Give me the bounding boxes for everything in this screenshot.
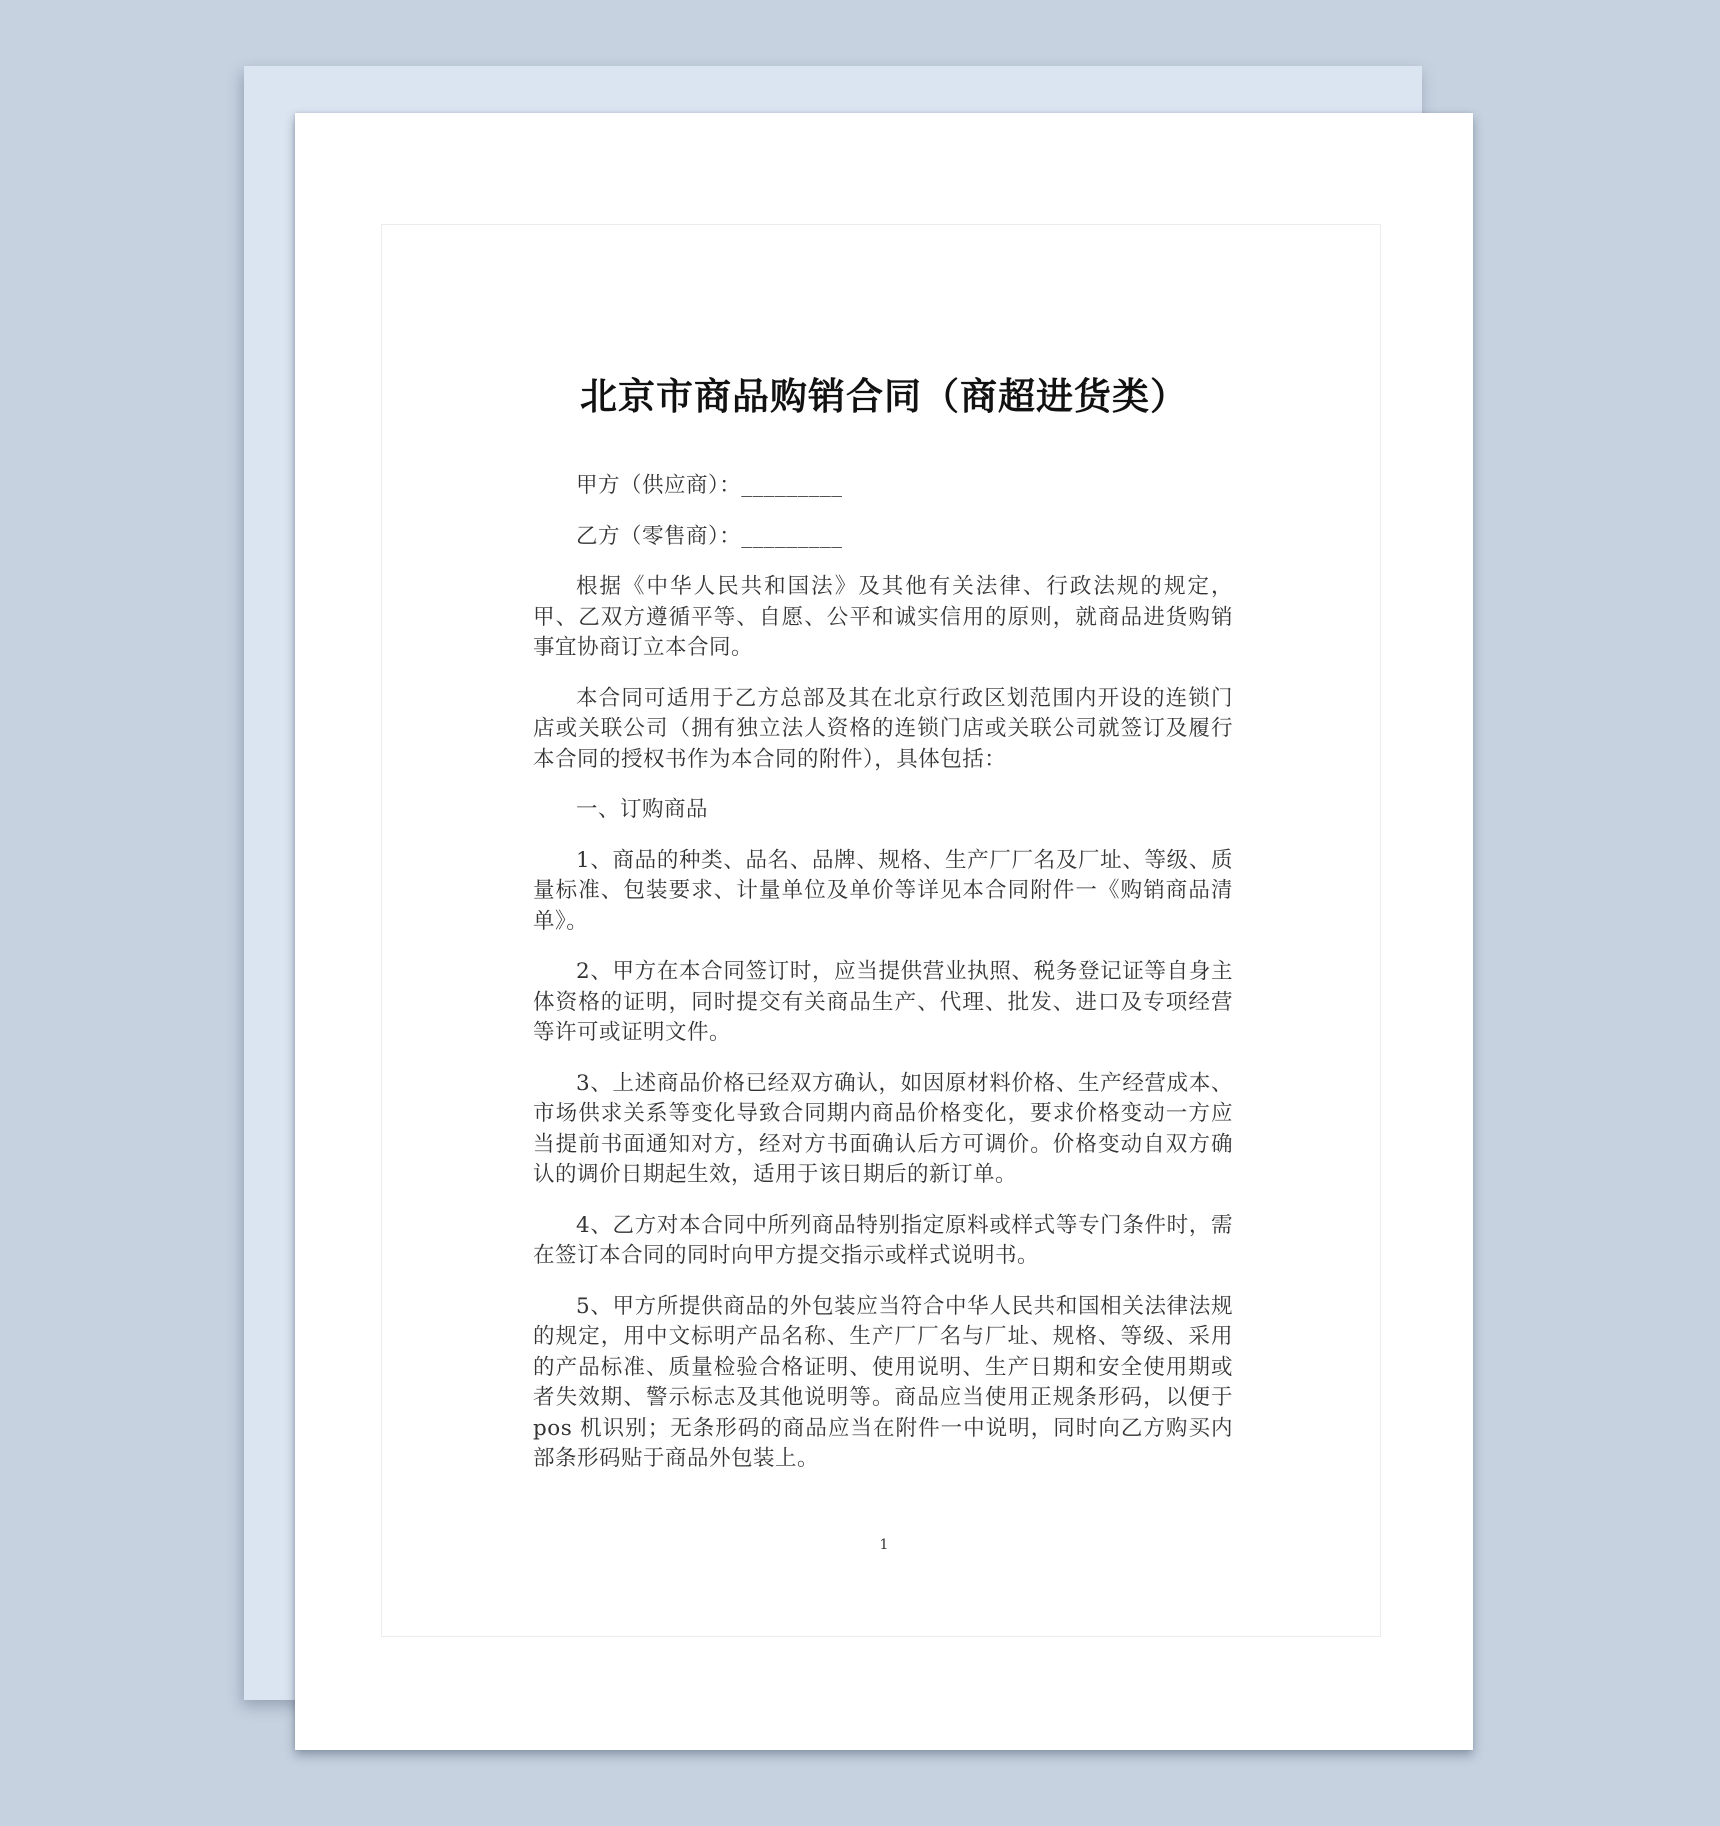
party-b-blank: _________ bbox=[741, 524, 842, 549]
section-heading-order-goods: 一、订购商品 bbox=[533, 795, 1233, 826]
clause-1: 1、商品的种类、品名、品牌、规格、生产厂厂名及厂址、等级、质量标准、包装要求、计… bbox=[533, 846, 1233, 938]
page-number: 1 bbox=[295, 1537, 1473, 1553]
clause-2: 2、甲方在本合同签订时，应当提供营业执照、税务登记证等自身主体资格的证明，同时提… bbox=[533, 957, 1233, 1049]
document-title: 北京市商品购销合同（商超进货类） bbox=[295, 366, 1473, 420]
clause-3: 3、上述商品价格已经双方确认，如因原材料价格、生产经营成本、市场供求关系等变化导… bbox=[533, 1069, 1233, 1191]
party-a-blank: _________ bbox=[741, 473, 842, 498]
document-body: 甲方（供应商）：_________ 乙方（零售商）：_________ 根据《中… bbox=[533, 471, 1233, 1495]
clause-4: 4、乙方对本合同中所列商品特别指定原料或样式等专门条件时，需在签订本合同的同时向… bbox=[533, 1211, 1233, 1272]
party-a-label: 甲方（供应商）： bbox=[576, 473, 741, 498]
party-b-label: 乙方（零售商）： bbox=[576, 524, 741, 549]
document-page: 北京市商品购销合同（商超进货类） 甲方（供应商）：_________ 乙方（零售… bbox=[295, 113, 1473, 1750]
paragraph-scope: 本合同可适用于乙方总部及其在北京行政区划范围内开设的连锁门店或关联公司（拥有独立… bbox=[533, 684, 1233, 776]
clause-5: 5、甲方所提供商品的外包装应当符合中华人民共和国相关法律法规的规定，用中文标明产… bbox=[533, 1292, 1233, 1475]
party-b-line: 乙方（零售商）：_________ bbox=[533, 522, 1233, 553]
paragraph-preamble: 根据《中华人民共和国法》及其他有关法律、行政法规的规定，甲、乙双方遵循平等、自愿… bbox=[533, 572, 1233, 664]
party-a-line: 甲方（供应商）：_________ bbox=[533, 471, 1233, 502]
